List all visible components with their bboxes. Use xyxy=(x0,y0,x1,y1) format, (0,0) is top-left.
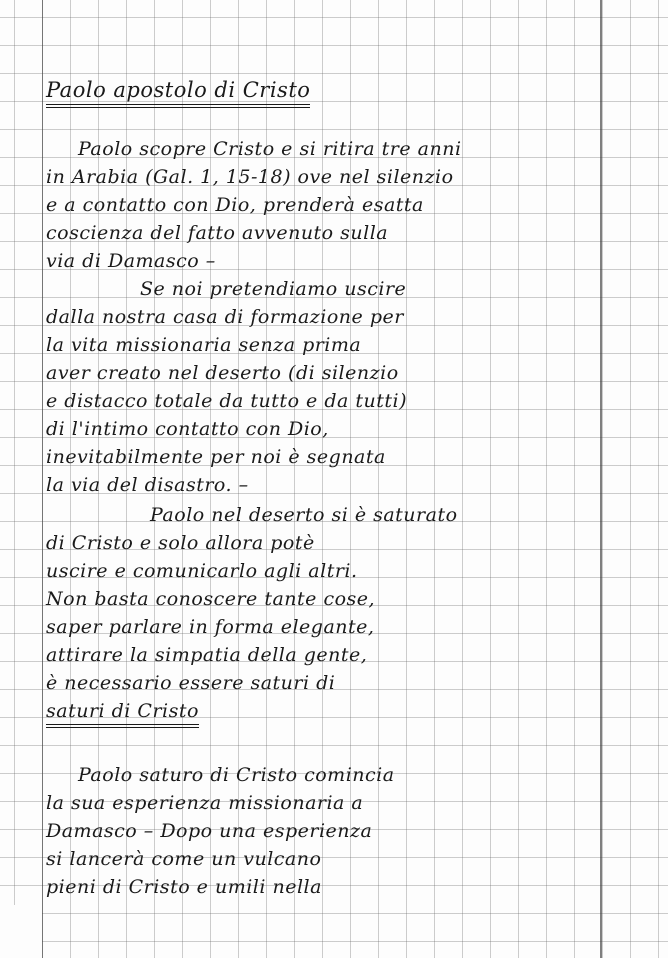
handwritten-line: saper parlare in forma elegante, xyxy=(46,616,374,638)
handwritten-line: la vita missionaria senza prima xyxy=(46,334,361,356)
line-text: è necessario essere saturi di xyxy=(46,672,335,694)
handwritten-line: saturi di Cristo xyxy=(46,700,199,722)
handwritten-line: pieni di Cristo e umili nella xyxy=(46,876,322,898)
handwritten-line: si lancerà come un vulcano xyxy=(46,848,321,870)
right-margin-line xyxy=(600,0,602,958)
handwritten-line: in Arabia (Gal. 1, 15-18) ove nel silenz… xyxy=(46,166,454,188)
handwritten-line: di Cristo e solo allora potè xyxy=(46,532,315,554)
graph-paper-page: Paolo apostolo di Cristo Paolo scopre Cr… xyxy=(0,0,668,958)
blank-corner xyxy=(0,905,42,958)
handwritten-line: è necessario essere saturi di xyxy=(46,672,335,694)
handwritten-line: Paolo scopre Cristo e si ritira tre anni xyxy=(78,138,462,160)
left-margin-line xyxy=(42,0,43,958)
document-title: Paolo apostolo di Cristo xyxy=(46,78,310,102)
handwritten-line: e a contatto con Dio, prenderà esatta xyxy=(46,194,424,216)
handwritten-line: di l'intimo contatto con Dio, xyxy=(46,418,329,440)
title-text: Paolo apostolo di Cristo xyxy=(46,78,310,108)
handwritten-line: Se noi pretendiamo uscire xyxy=(140,278,406,300)
handwritten-line: la sua esperienza missionaria a xyxy=(46,792,363,814)
handwritten-line: dalla nostra casa di formazione per xyxy=(46,306,404,328)
handwritten-line: Paolo nel deserto si è saturato xyxy=(150,504,458,526)
handwritten-line: inevitabilmente per noi è segnata xyxy=(46,446,386,468)
handwritten-line: attirare la simpatia della gente, xyxy=(46,644,367,666)
handwritten-line: e distacco totale da tutto e da tutti) xyxy=(46,390,407,412)
handwritten-line: via di Damasco – xyxy=(46,250,216,272)
handwritten-line: uscire e comunicarlo agli altri. xyxy=(46,560,358,582)
handwritten-line: aver creato nel deserto (di silenzio xyxy=(46,362,399,384)
handwritten-line: Paolo saturo di Cristo comincia xyxy=(78,764,395,786)
underlined-phrase: saturi di Cristo xyxy=(46,700,199,728)
handwritten-line: la via del disastro. – xyxy=(46,474,249,496)
handwritten-line: Damasco – Dopo una esperienza xyxy=(46,820,372,842)
handwritten-line: coscienza del fatto avvenuto sulla xyxy=(46,222,388,244)
handwritten-line: Non basta conoscere tante cose, xyxy=(46,588,375,610)
